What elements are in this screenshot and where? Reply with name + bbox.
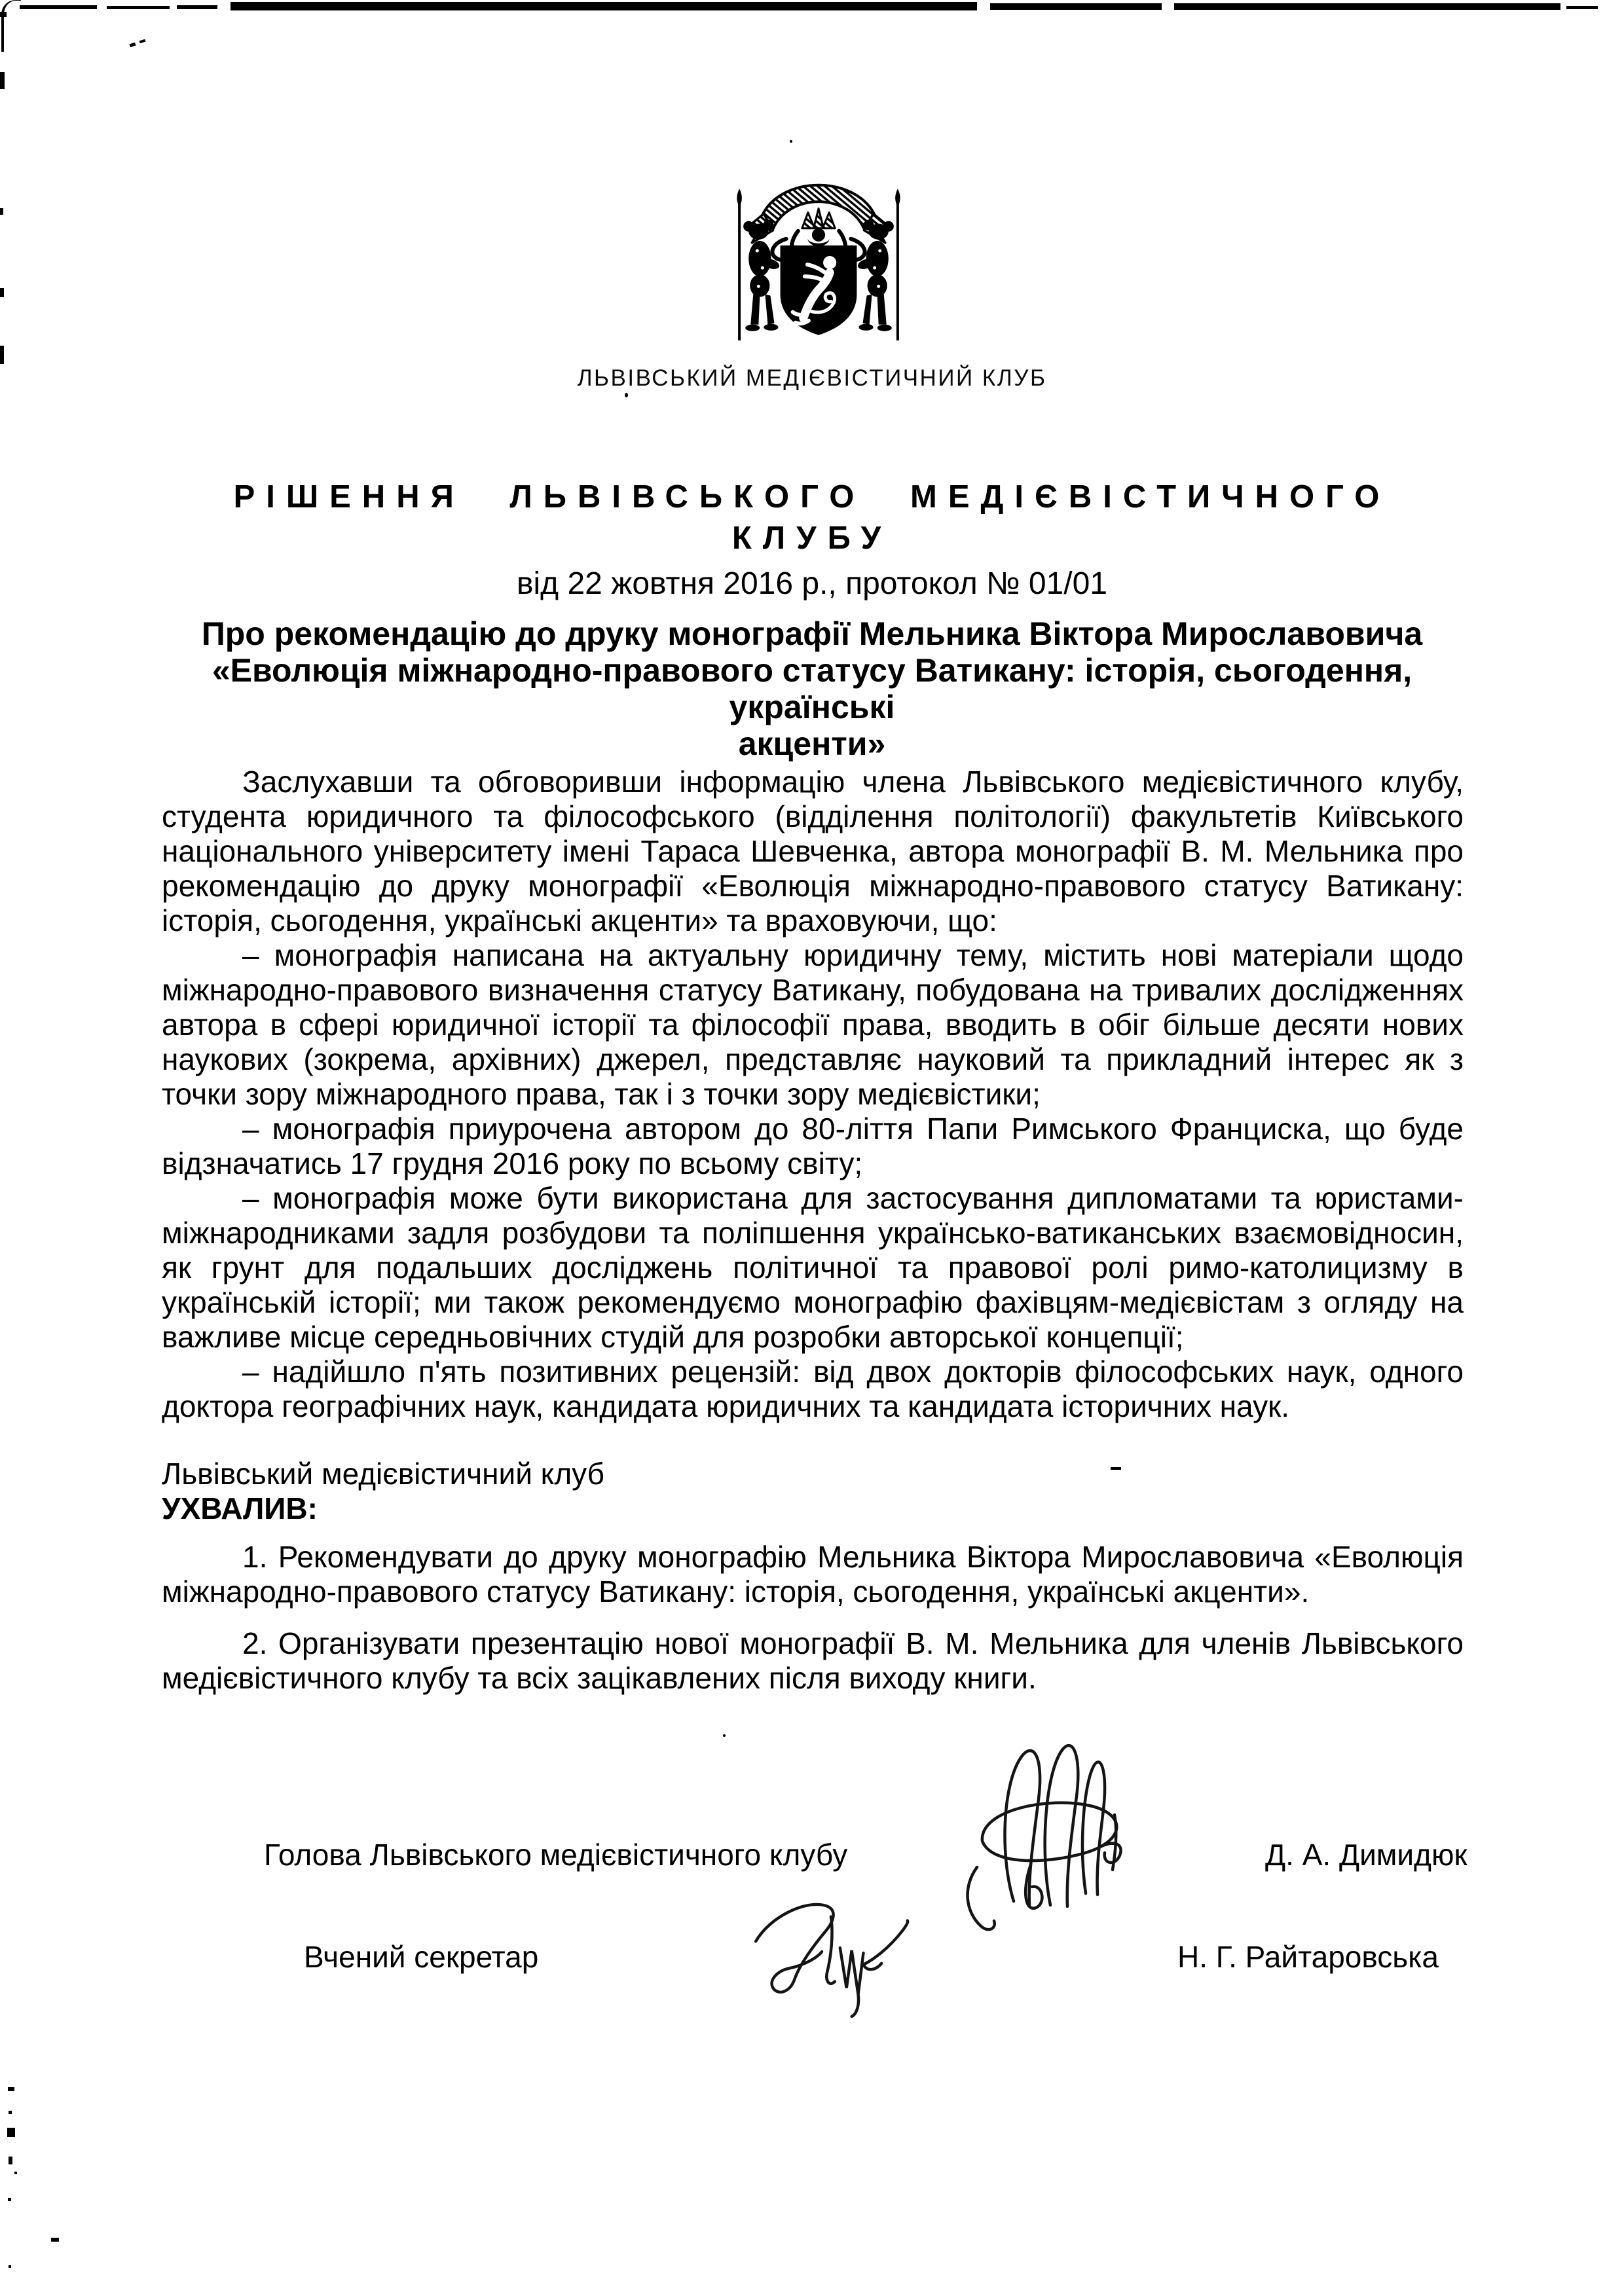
body-paragraph-point: – монографія приурочена автором до 80-лі…: [162, 1112, 1464, 1181]
knight-supporter-right: [857, 220, 894, 331]
resolution-preamble: Львівський медієвістичний клуб: [162, 1456, 604, 1491]
organization-name: ЛЬВІВСЬКИЙ МЕДІЄВІСТИЧНИЙ КЛУБ: [0, 365, 1624, 392]
signature-name-secretary: Н. Г. Райтаровська: [1177, 1939, 1439, 1975]
decision-date-line: від 22 жовтня 2016 р., протокол № 01/01: [0, 566, 1624, 602]
signature-role-chairman: Голова Львівського медієвістичного клубу: [264, 1837, 847, 1872]
knight-supporter-left: [743, 220, 781, 331]
subject-line: акценти»: [170, 725, 1454, 762]
resolution-item-1: 1. Рекомендувати до друку монографію Мел…: [162, 1540, 1464, 1609]
page-corner-curve: [1, 0, 21, 52]
decision-subject: Про рекомендацію до друку монографії Мел…: [170, 615, 1454, 762]
body-paragraph-point: – монографія написана на актуальну юриди…: [162, 938, 1464, 1112]
decision-title-line1: РІШЕННЯ ЛЬВІВСЬКОГО МЕДІЄВІСТИЧНОГО: [0, 477, 1624, 518]
subject-line: Про рекомендацію до друку монографії Мел…: [170, 615, 1454, 652]
resolution-verb: УХВАЛИВ:: [162, 1491, 318, 1526]
chairman-signature-icon: [951, 1736, 1134, 1933]
resolution-item-2: 2. Організувати презентацію нової моногр…: [162, 1626, 1464, 1696]
signature-name-chairman: Д. А. Димидюк: [1265, 1837, 1467, 1872]
body-paragraph-intro: Заслухавши та обговоривши інформацію чле…: [162, 765, 1464, 938]
decision-body: Заслухавши та обговоривши інформацію чле…: [162, 765, 1464, 1424]
decision-title: РІШЕННЯ ЛЬВІВСЬКОГО МЕДІЄВІСТИЧНОГО КЛУБ…: [0, 477, 1624, 559]
secretary-signature-icon: [744, 1897, 913, 2020]
subject-line: «Еволюція міжнародно-правового статусу В…: [170, 652, 1454, 725]
scanned-document-page: ЛЬВІВСЬКИЙ МЕДІЄВІСТИЧНИЙ КЛУБ РІШЕННЯ Л…: [0, 0, 1624, 2296]
decision-title-line2: КЛУБУ: [0, 518, 1624, 559]
body-paragraph-point: – надійшло п'ять позитивних рецензій: ві…: [162, 1355, 1464, 1424]
body-paragraph-point: – монографія може бути використана для з…: [162, 1181, 1464, 1355]
coat-of-arms-emblem-icon: [729, 165, 908, 343]
signature-role-secretary: Вчений секретар: [304, 1939, 538, 1975]
